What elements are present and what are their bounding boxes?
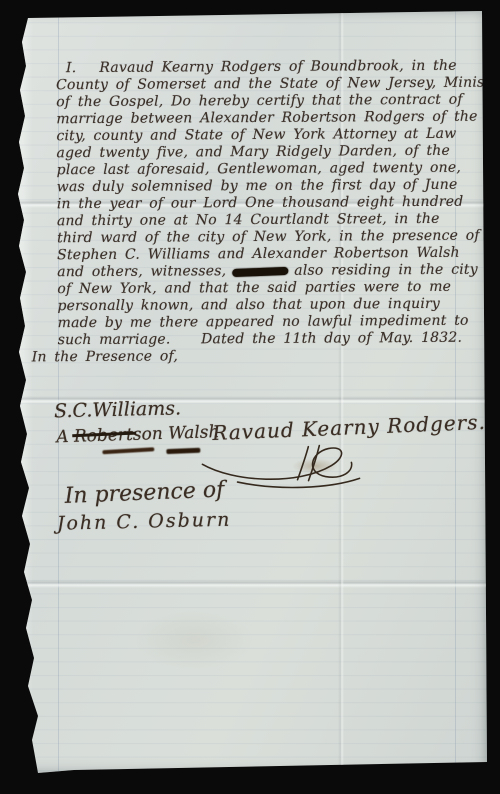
certificate-body: I. Ravaud Kearny Rodgers of Boundbrook, … <box>56 58 488 367</box>
photo-background: I. Ravaud Kearny Rodgers of Boundbrook, … <box>0 0 500 794</box>
signature-sc-williams: S.C.Williams. <box>54 397 181 422</box>
presence-line: In the Presence of, <box>32 347 488 367</box>
scribbled-out-word <box>232 267 288 277</box>
ink-smear <box>166 448 200 454</box>
strikeout-before-text: and others, witnesses, <box>57 263 226 280</box>
ink-smear <box>102 447 154 454</box>
signature-ravaud-kearny-rodgers: Ravaud Kearny Rodgers. <box>212 410 486 445</box>
document-paper: I. Ravaud Kearny Rodgers of Boundbrook, … <box>14 10 490 776</box>
strikeout-after-text: also residing in the city <box>294 262 478 279</box>
manuscript-content: I. Ravaud Kearny Rodgers of Boundbrook, … <box>12 9 493 778</box>
signature-john-c-osburn: John C. Osburn <box>57 509 232 535</box>
signature-a-robertson-walsh: A Robertson Walsh <box>56 422 220 447</box>
in-presence-of-label: In presence of <box>64 477 225 509</box>
